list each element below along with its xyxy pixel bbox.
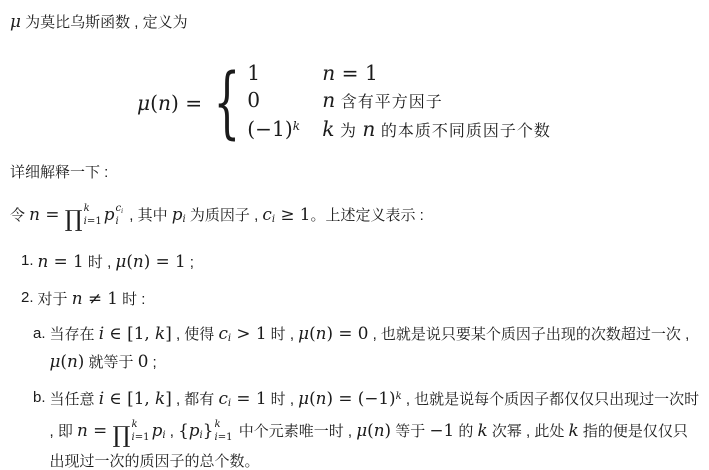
left-curly-brace: {: [214, 64, 241, 142]
mobius-definition-equation: μ(n) = { 1 n = 1 0 n 含有平方因子 (−1)k k 为 n …: [137, 60, 701, 145]
case-row: 1 n = 1: [247, 60, 551, 87]
ordered-list: 1. n = 1 时 , μ(n) = 1 ; 2. 对于 n ≠ 1 时 : …: [21, 248, 701, 470]
case-row: 0 n 含有平方因子: [247, 87, 551, 116]
detailed-explanation-heading: 详细解释一下 :: [10, 162, 701, 184]
list-marker: 1.: [21, 248, 34, 274]
list-marker: 2.: [21, 285, 34, 311]
list-item-content: 对于 n ≠ 1 时 :: [38, 285, 701, 313]
case-value: 0: [247, 87, 322, 116]
list-item-content: 当任意 i ∈ [1, k] , 都有 ci = 1 时 , μ(n) = (−…: [50, 383, 701, 470]
setup-paragraph: 令 n = ∏ki=1pcii , 其中 pi 为质因子 , ci ≥ 1。上述…: [10, 197, 701, 233]
mobius-function-explanation: μ 为莫比乌斯函数 , 定义为 μ(n) = { 1 n = 1 0 n 含有平…: [0, 0, 709, 470]
case-condition: k 为 n 的本质不同质因子个数: [322, 116, 551, 145]
case-condition: n = 1: [322, 60, 378, 87]
list-item-2: 2. 对于 n ≠ 1 时 :: [21, 285, 701, 313]
list-item-content: n = 1 时 , μ(n) = 1 ;: [38, 248, 701, 276]
list-marker: a.: [33, 320, 46, 347]
intro-paragraph: μ 为莫比乌斯函数 , 定义为: [10, 10, 701, 34]
equation-lhs: μ(n) =: [137, 91, 209, 115]
case-condition: n 含有平方因子: [322, 87, 442, 116]
list-item-content: 当存在 i ∈ [1, k] , 使得 ci > 1 时 , μ(n) = 0 …: [50, 320, 701, 376]
sub-list: a. 当存在 i ∈ [1, k] , 使得 ci > 1 时 , μ(n) =…: [33, 320, 701, 470]
case-value: (−1)k: [247, 116, 322, 145]
sub-item-b: b. 当任意 i ∈ [1, k] , 都有 ci = 1 时 , μ(n) =…: [33, 383, 701, 470]
list-marker: b.: [33, 383, 46, 413]
case-row: (−1)k k 为 n 的本质不同质因子个数: [247, 116, 551, 145]
cases-table: 1 n = 1 0 n 含有平方因子 (−1)k k 为 n 的本质不同质因子个…: [247, 60, 551, 145]
sub-item-a: a. 当存在 i ∈ [1, k] , 使得 ci > 1 时 , μ(n) =…: [33, 320, 701, 376]
list-item-1: 1. n = 1 时 , μ(n) = 1 ;: [21, 248, 701, 276]
case-value: 1: [247, 60, 322, 87]
